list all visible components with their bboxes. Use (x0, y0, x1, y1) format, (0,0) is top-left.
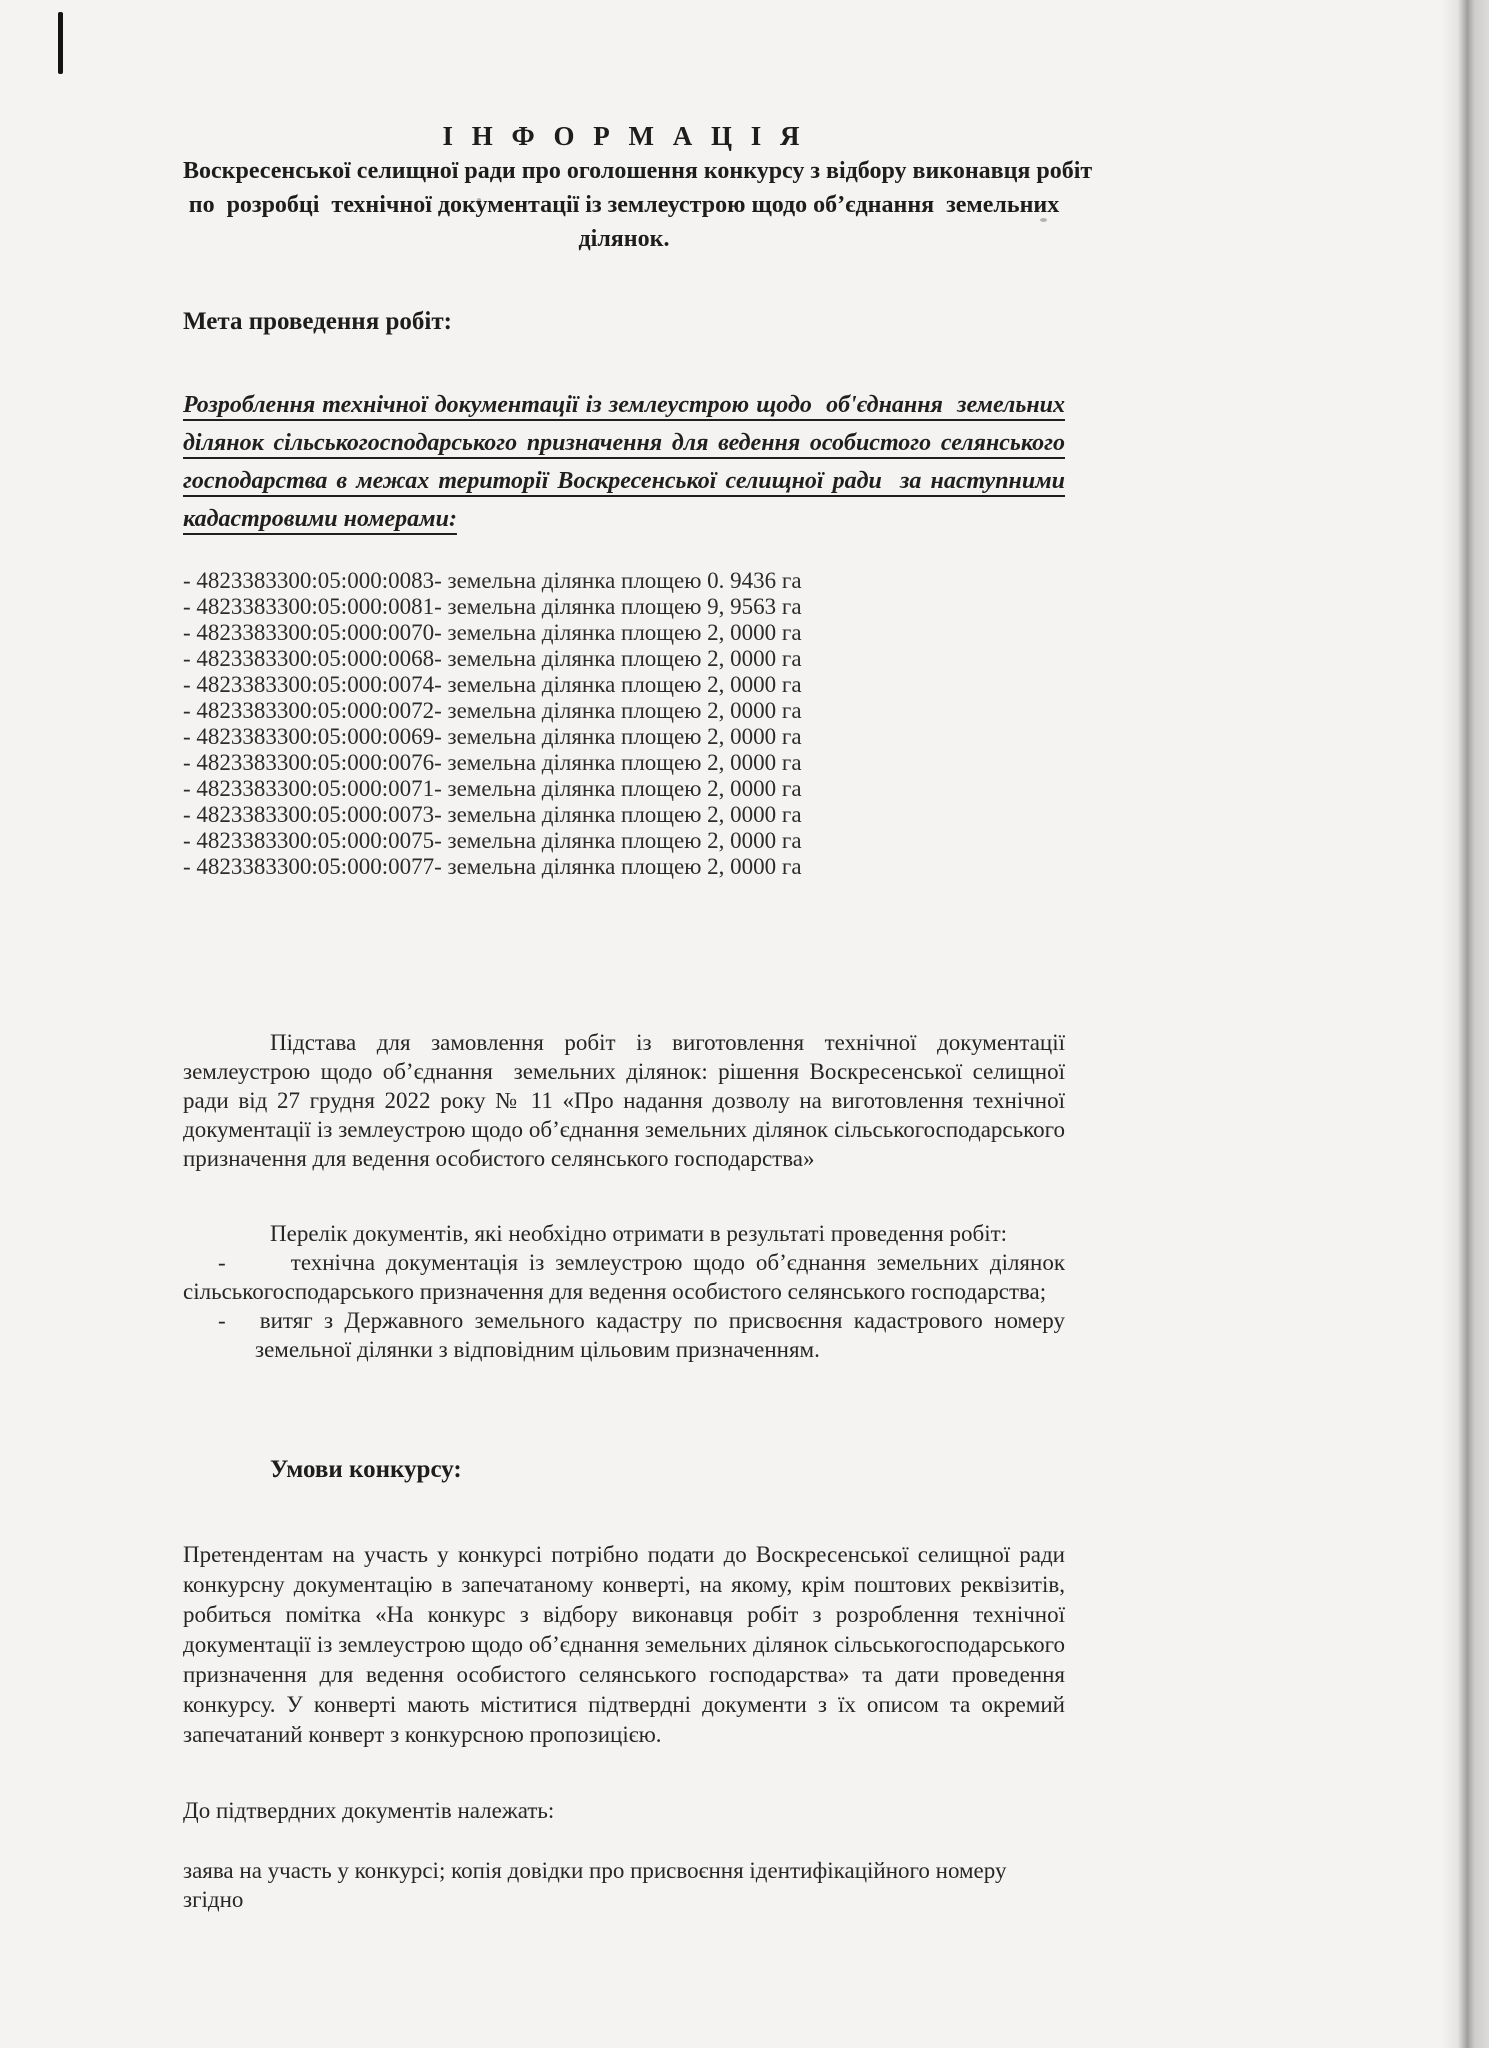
document-title: І Н Ф О Р М А Ц І Я (183, 118, 1065, 154)
cadastral-parcel-line: - 4823383300:05:000:0069- земельна ділян… (183, 724, 1065, 750)
scan-edge-shadow (1441, 0, 1489, 2048)
document-title-block: І Н Ф О Р М А Ц І Я Воскресенської селищ… (183, 118, 1065, 256)
cadastral-parcel-line: - 4823383300:05:000:0077- земельна ділян… (183, 854, 1065, 880)
cadastral-parcel-line: - 4823383300:05:000:0075- земельна ділян… (183, 828, 1065, 854)
cadastral-parcel-line: - 4823383300:05:000:0081- земельна ділян… (183, 594, 1065, 620)
cadastral-parcel-line: - 4823383300:05:000:0074- земельна ділян… (183, 672, 1065, 698)
cadastral-parcel-line: - 4823383300:05:000:0068- земельна ділян… (183, 646, 1065, 672)
cadastral-parcel-line: - 4823383300:05:000:0073- земельна ділян… (183, 802, 1065, 828)
basis-paragraph: Підстава для замовлення робіт із виготов… (183, 1028, 1065, 1173)
conditions-paragraph: Претендентам на участь у конкурсі потріб… (183, 1540, 1065, 1750)
supporting-documents-first-item: заява на участь у конкурсі; копія довідк… (183, 1856, 1065, 1914)
document-title-line: ділянок. (183, 222, 1065, 256)
conditions-section-heading: Умови конкурсу: (270, 1456, 1065, 1484)
results-document-item: - технічна документація із землеустрою щ… (183, 1248, 1065, 1306)
scanned-document-page: І Н Ф О Р М А Ц І Я Воскресенської селищ… (0, 0, 1489, 2048)
document-content: І Н Ф О Р М А Ц І Я Воскресенської селищ… (183, 0, 1065, 1914)
purpose-paragraph: Розроблення технічної документації із зе… (183, 386, 1065, 538)
purpose-section-heading: Мета проведення робіт: (183, 308, 1065, 336)
scan-artifact-vertical-line (58, 12, 63, 74)
document-title-line: Воскресенської селищної ради про оголоше… (183, 154, 1065, 188)
document-title-line: по розробці технічної документації із зе… (183, 188, 1065, 222)
cadastral-parcel-line: - 4823383300:05:000:0071- земельна ділян… (183, 776, 1065, 802)
cadastral-parcel-line: - 4823383300:05:000:0083- земельна ділян… (183, 568, 1065, 594)
cadastral-parcel-list: - 4823383300:05:000:0083- земельна ділян… (183, 568, 1065, 880)
results-documents-intro: Перелік документів, які необхідно отрима… (183, 1219, 1065, 1248)
supporting-documents-intro: До підтвердних документів належать: (183, 1796, 1065, 1825)
results-document-item: - витяг з Державного земельного кадастру… (255, 1306, 1065, 1364)
cadastral-parcel-line: - 4823383300:05:000:0076- земельна ділян… (183, 750, 1065, 776)
cadastral-parcel-line: - 4823383300:05:000:0072- земельна ділян… (183, 698, 1065, 724)
cadastral-parcel-line: - 4823383300:05:000:0070- земельна ділян… (183, 620, 1065, 646)
